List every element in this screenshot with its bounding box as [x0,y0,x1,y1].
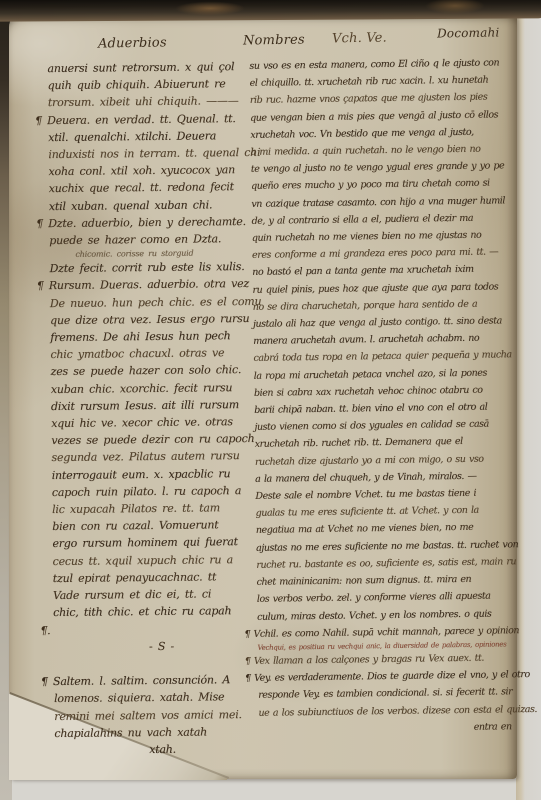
manuscript-text-line: ruchetah dize ajustarlo yo a mi con migo… [255,450,518,471]
top-edge-stain [425,0,485,14]
manuscript-text-line: vn cazique tratase casamto. con hijo a v… [251,192,514,213]
manuscript-text-line: ¶ Deuera. en verdad. tt. Quenal. tt. [48,109,264,128]
running-head-catchmark: Docomahi [437,25,500,40]
manuscript-text-line: trorsum. xibeit uhi chiquih. ——— [48,92,264,111]
manuscript-text-line: anuersi sunt retrorsum. x qui çol [47,58,263,77]
manuscript-text-line: - S - [53,636,269,655]
manuscript-text-line: xuban chic. xcorchic. fecit rursu [51,378,267,397]
manuscript-text-line: zes se puede hazer con solo chic. [51,361,267,380]
top-edge-stain [175,1,245,15]
running-head-nombres: Nombres [243,32,305,48]
running-head-vch-ve: Vch. Ve. [332,31,387,47]
book-top-edge [0,0,541,22]
manuscript-text-line: capoch ruin pilato. l. ru capoch a [52,482,268,501]
manuscript-text-line: que dize otra vez. Iesus ergo rursu [50,310,266,329]
manuscript-text-line: remini mei saltem vos amici mei. [54,705,270,724]
right-text-column: su vso es en esta manera, como El ciño q… [249,54,521,739]
manuscript-text-line: dixit rursum Iesus. ait illi rursum [51,396,267,415]
manuscript-text-line: ¶ Dzte. aduerbio, bien y derechamte. [49,213,265,232]
running-head-aduerbios: Aduerbios [98,35,167,51]
manuscript-text-line: xuchix que recal. tt. redona fecit [49,178,265,197]
manuscript-text-line: quih quib chiquih. Abiuerunt re [48,75,264,94]
manuscript-text-line: segunda vez. Pilatus autem rursu [51,447,267,466]
manuscript-text-line: que vengan bien a mis pies que vengā al … [250,106,513,127]
manuscript-text-line: ¶ Saltem. l. saltim. consunción. A [54,671,270,690]
manuscript-text-line: De nueuo. hun pech chic. es el comu [50,292,266,311]
left-text-column: anuersi sunt retrorsum. x qui çolquih qu… [33,58,270,759]
manuscript-photo: Aduerbios Nombres Vch. Ve. Docomahi anue… [0,0,541,800]
manuscript-text-line: ¶ Rursum. Dueras. aduerbio. otra vez [50,275,266,294]
manuscript-text-line: ergo rursum hominem qui fuerat [52,533,268,552]
manuscript-text-line: chic ymatboc chacuxl. otras ve [50,344,266,363]
manuscript-text-line: xtah. [54,740,270,759]
